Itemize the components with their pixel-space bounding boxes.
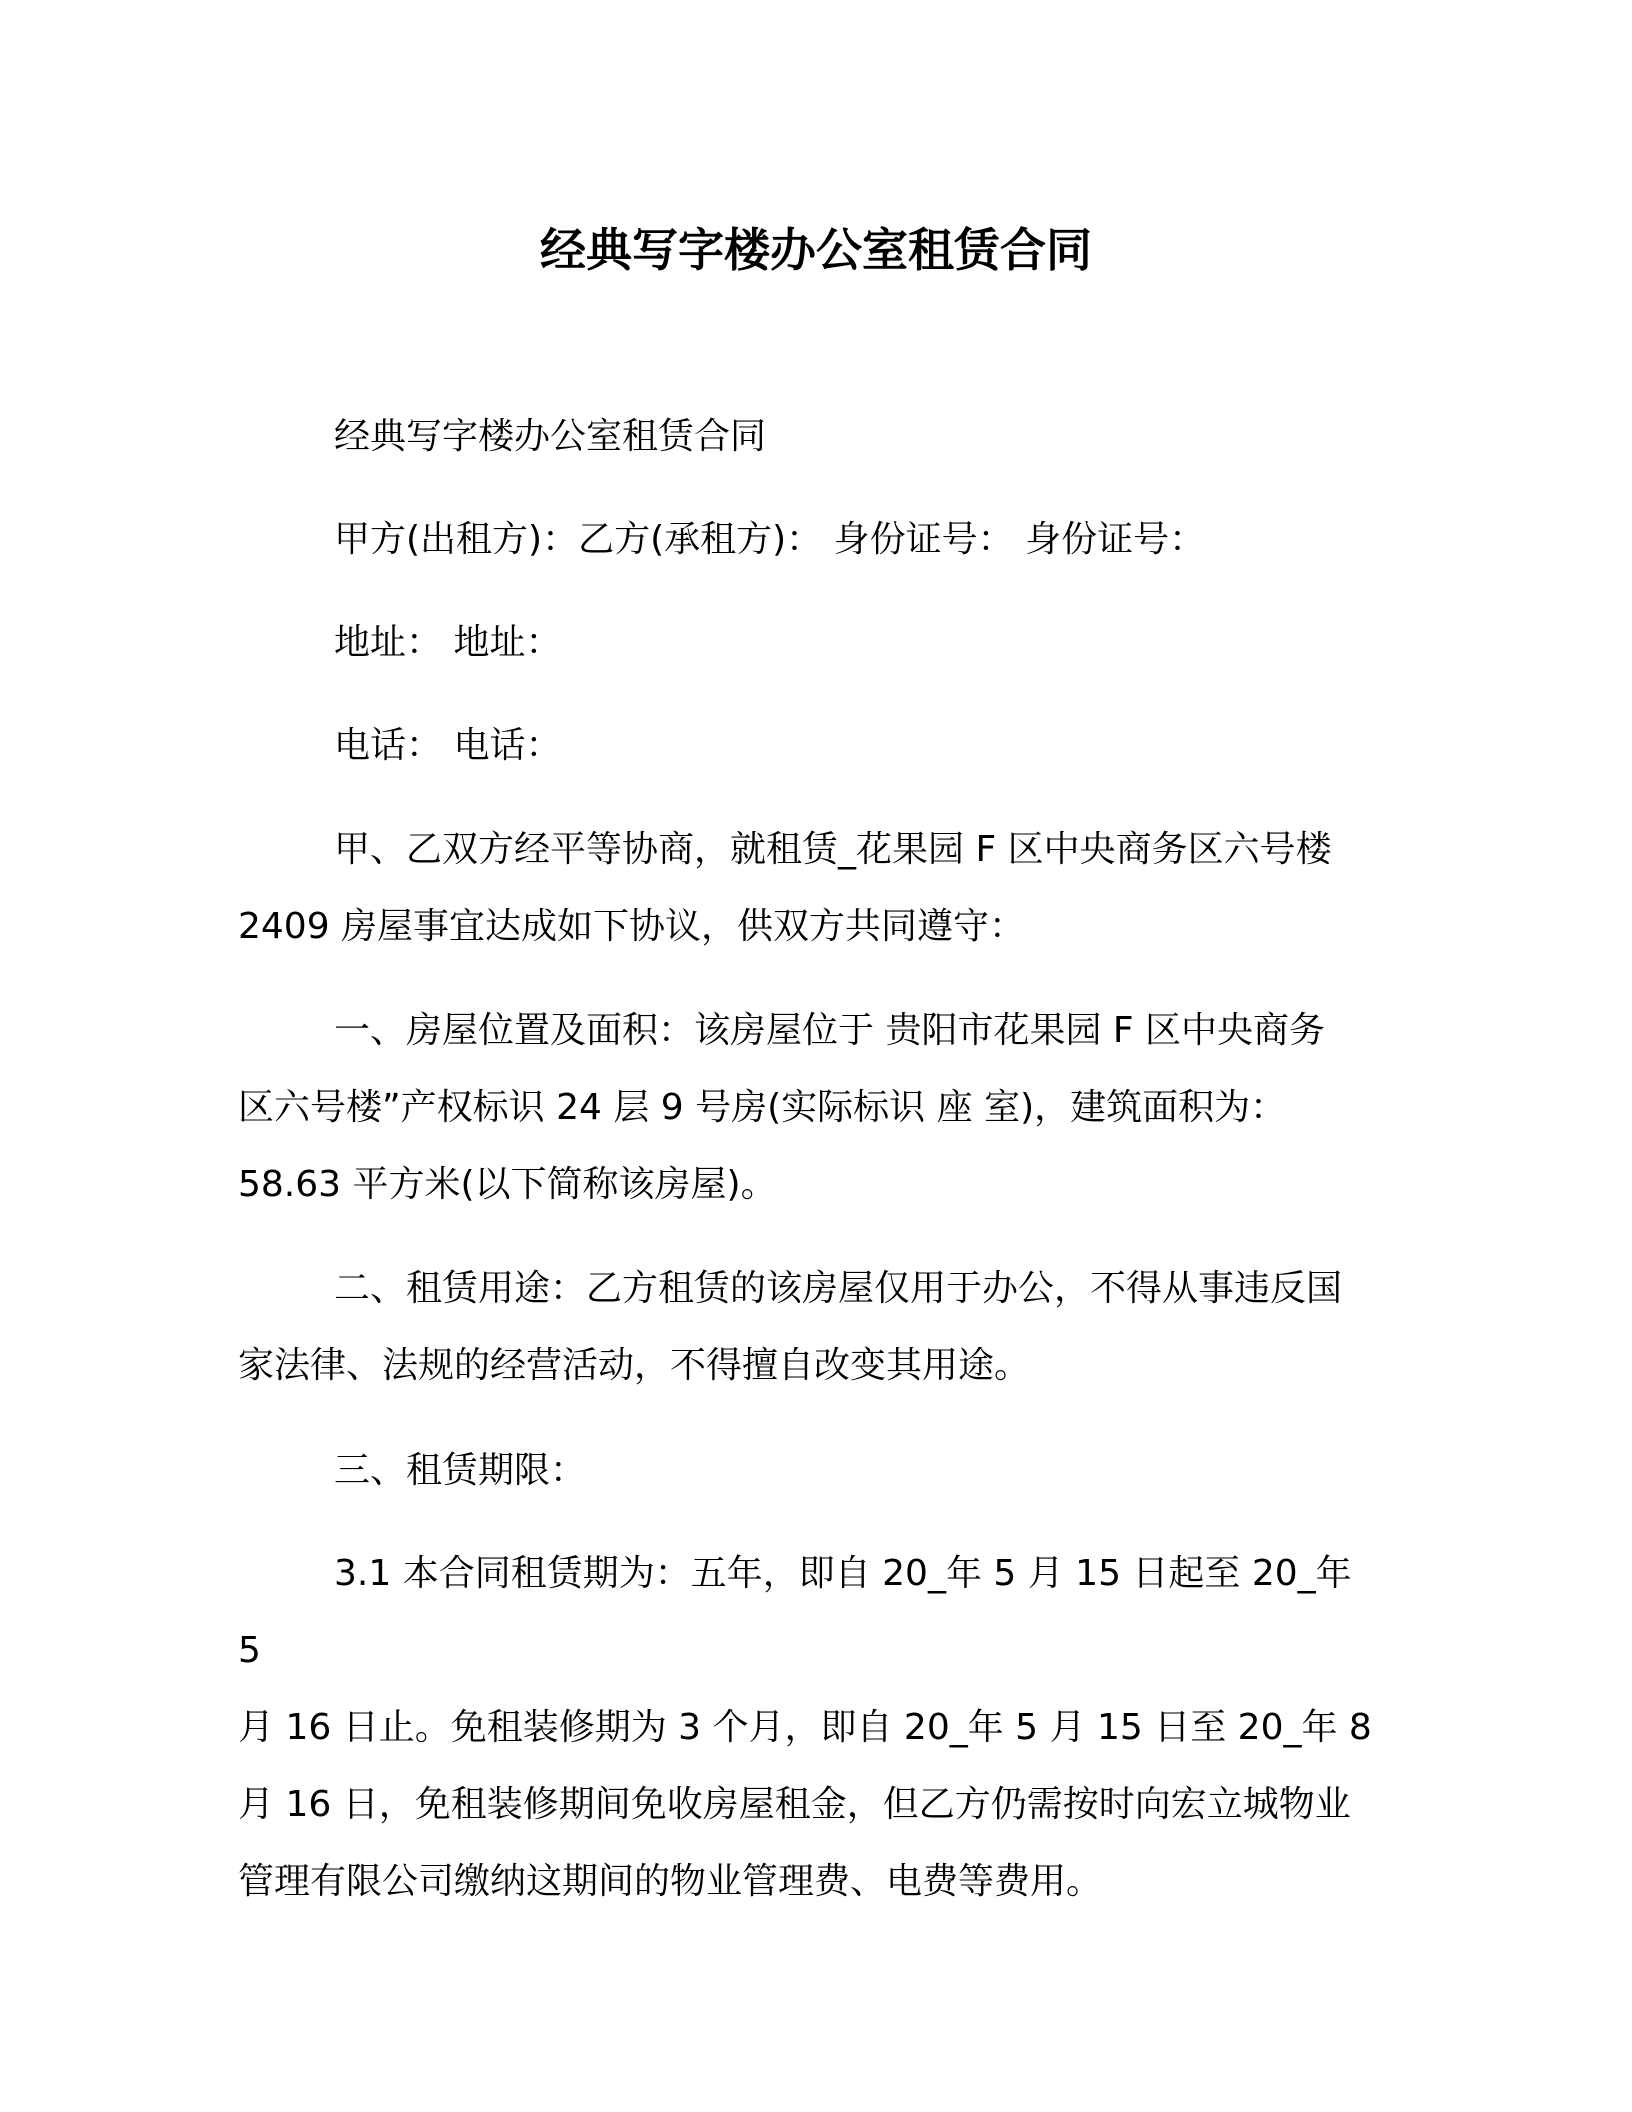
paragraph-line: 电话： 电话：: [238, 707, 1378, 784]
paragraph-line: 区六号楼”产权标识 24 层 9 号房(实际标识 座 室)，建筑面积为：: [238, 1069, 1378, 1146]
document-title: 经典写字楼办公室租赁合同: [0, 222, 1632, 278]
paragraph-line: 地址： 地址：: [238, 604, 1378, 681]
paragraph-line: 58.63 平方米(以下简称该房屋)。: [238, 1146, 1378, 1223]
address-paragraph: 地址： 地址：: [238, 604, 1378, 681]
clause-2-paragraph: 二、租赁用途：乙方租赁的该房屋仅用于办公，不得从事违反国 家法律、法规的经营活动…: [238, 1250, 1378, 1404]
document-page: 经典写字楼办公室租赁合同 经典写字楼办公室租赁合同 甲方(出租方)：乙方(承租方…: [0, 0, 1632, 2112]
preamble-paragraph: 甲、乙双方经平等协商，就租赁_花果园 F 区中央商务区六号楼 2409 房屋事宜…: [238, 811, 1378, 965]
paragraph-line: 月 16 日止。免租装修期为 3 个月，即自 20_年 5 月 15 日至 20…: [238, 1689, 1378, 1766]
paragraph-line: 2409 房屋事宜达成如下协议，供双方共同遵守：: [238, 888, 1378, 965]
paragraph-line: 二、租赁用途：乙方租赁的该房屋仅用于办公，不得从事违反国: [238, 1250, 1378, 1327]
paragraph-line: 家法律、法规的经营活动，不得擅自改变其用途。: [238, 1327, 1378, 1404]
clause-3-1-paragraph: 3.1 本合同租赁期为：五年，即自 20_年 5 月 15 日起至 20_年 5…: [238, 1535, 1378, 1920]
paragraph-line: 三、租赁期限：: [238, 1432, 1378, 1509]
paragraph-line: 3.1 本合同租赁期为：五年，即自 20_年 5 月 15 日起至 20_年 5: [238, 1535, 1378, 1689]
paragraph-line: 管理有限公司缴纳这期间的物业管理费、电费等费用。: [238, 1843, 1378, 1920]
paragraph-line: 经典写字楼办公室租赁合同: [238, 398, 1378, 475]
phone-paragraph: 电话： 电话：: [238, 707, 1378, 784]
clause-1-paragraph: 一、房屋位置及面积：该房屋位于 贵阳市花果园 F 区中央商务 区六号楼”产权标识…: [238, 992, 1378, 1223]
parties-paragraph: 甲方(出租方)：乙方(承租方)： 身份证号： 身份证号：: [238, 501, 1378, 578]
paragraph-line: 一、房屋位置及面积：该房屋位于 贵阳市花果园 F 区中央商务: [238, 992, 1378, 1069]
paragraph-line: 甲、乙双方经平等协商，就租赁_花果园 F 区中央商务区六号楼: [238, 811, 1378, 888]
subtitle-paragraph: 经典写字楼办公室租赁合同: [238, 398, 1378, 475]
clause-3-paragraph: 三、租赁期限：: [238, 1432, 1378, 1509]
paragraph-line: 月 16 日，免租装修期间免收房屋租金，但乙方仍需按时向宏立城物业: [238, 1766, 1378, 1843]
paragraph-line: 甲方(出租方)：乙方(承租方)： 身份证号： 身份证号：: [238, 501, 1378, 578]
